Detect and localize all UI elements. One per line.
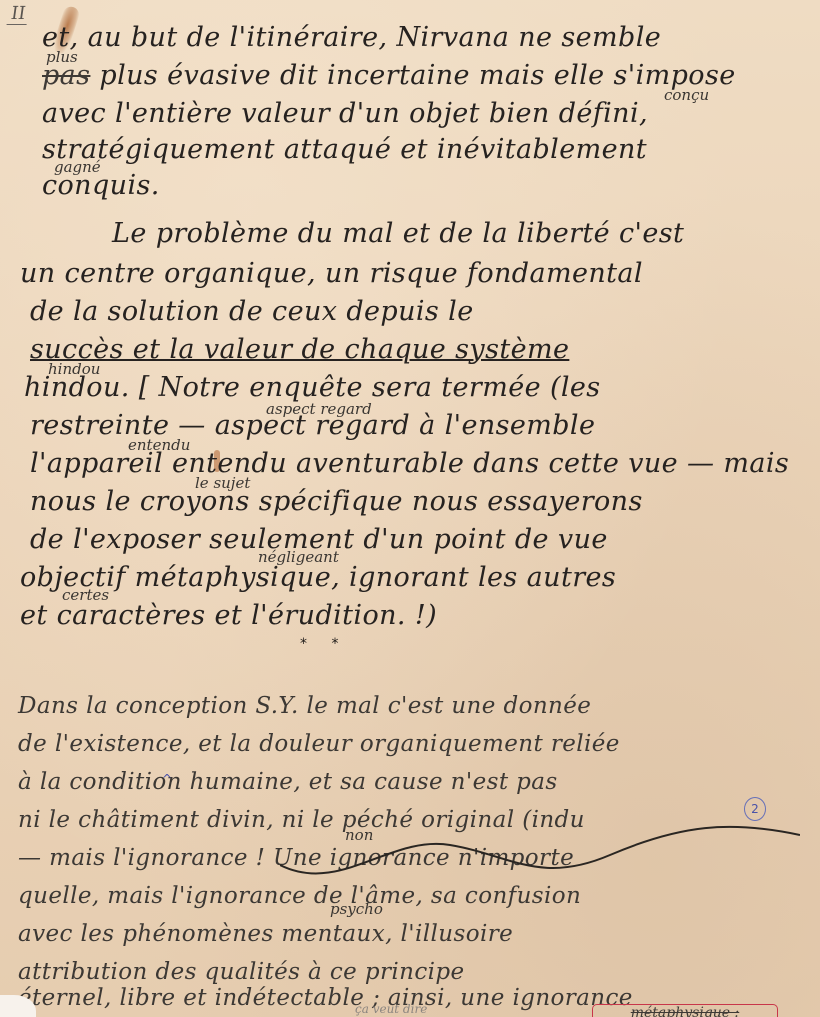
- line-text: plus évasive dit incertaine mais elle s'…: [99, 60, 735, 91]
- text-line: pas plus évasive dit incertaine mais ell…: [42, 60, 736, 92]
- insertion: psycho: [330, 900, 383, 918]
- text-line: éternel, libre et indétectable ; ainsi, …: [18, 982, 633, 1014]
- text-line: avec l'entière valeur d'un objet bien dé…: [42, 98, 648, 130]
- blue-caret-mark: ^: [162, 772, 172, 786]
- pencil-note: ça veut dire: [355, 1002, 427, 1016]
- text-line: nous le croyons spécifique nous essayero…: [30, 486, 643, 518]
- text-line: de l'existence, et la douleur organiquem…: [18, 728, 620, 760]
- manuscript-page: II et, au but de l'itinéraire, Nirvana n…: [0, 0, 820, 1017]
- text-line: et caractères et l'érudition. !): [20, 600, 437, 632]
- text-line: objectif métaphysique, ignorant les autr…: [20, 562, 616, 594]
- text-line: avec les phénomènes mentaux, l'illusoire: [18, 918, 513, 950]
- circled-number: 2: [744, 797, 766, 821]
- text-line: conquis.: [42, 170, 160, 202]
- text-line: l'appareil entendu aventurable dans cett…: [30, 448, 789, 480]
- insertion: conçu: [664, 86, 709, 104]
- text-line: restreinte — aspect regard à l'ensemble: [30, 410, 595, 442]
- deletion-squiggle: [280, 825, 800, 885]
- text-line: succès et la valeur de chaque système: [30, 334, 569, 366]
- folio-mark: II: [7, 4, 30, 25]
- red-boxed-deletion: métaphysique :: [592, 1004, 778, 1017]
- section-separator: * *: [300, 636, 348, 652]
- text-line: quelle, mais l'ignorance de l'âme, sa co…: [18, 880, 581, 912]
- text-line: Dans la conception S.Y. le mal c'est une…: [18, 690, 591, 722]
- struck-word: pas: [42, 60, 90, 91]
- text-line: un centre organique, un risque fondament…: [20, 258, 643, 290]
- text-line: à la condition humaine, et sa cause n'es…: [18, 766, 558, 798]
- text-line: de la solution de ceux depuis le: [30, 296, 474, 328]
- text-line: stratégiquement attaqué et inévitablemen…: [42, 134, 647, 166]
- text-line: Le problème du mal et de la liberté c'es…: [112, 218, 684, 250]
- text-line: et, au but de l'itinéraire, Nirvana ne s…: [42, 22, 661, 54]
